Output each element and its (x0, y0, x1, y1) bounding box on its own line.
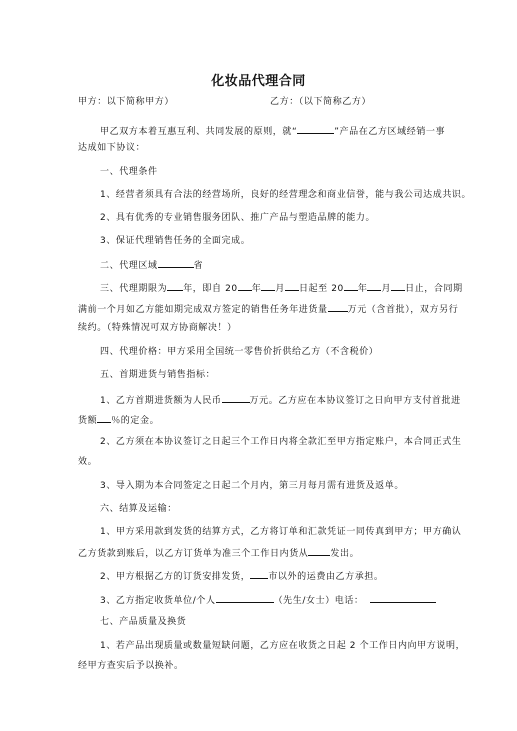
s6-text: 3、乙方指定收货单位/个人 (100, 596, 216, 606)
initial-purchase-blank[interactable] (222, 393, 250, 403)
s5-text: ％的定金。 (111, 416, 159, 426)
region-label: 二、代理区域 (100, 261, 158, 271)
clause-1-2: 2、具有优秀的专业销售服务团队、推广产品与塑造品牌的能力。 (78, 212, 470, 224)
ship-from-blank[interactable] (308, 546, 330, 556)
clause-5-3: 3、导入期为本合同签定之日起二个月内，第三月每月需有进货及返单。 (78, 480, 470, 492)
term-years-blank[interactable] (167, 281, 183, 291)
section-3-line-2: 满前一个月如乙方能如期完成双方签定的销售任务年进货量万元（含首批），双方另行 (78, 302, 448, 316)
deposit-percent-blank[interactable] (97, 413, 111, 423)
start-day-blank[interactable] (285, 281, 299, 291)
s6-text: 市以外的运费由乙方承担。 (268, 572, 383, 582)
s3-text: 年 (358, 284, 368, 294)
s6-text: 乙方货款到账后，以乙方订货单为准三个工作日内货从 (78, 549, 308, 559)
s3-text: 日止，合同期 (405, 284, 463, 294)
section-5-heading: 五、首期进货与销售指标： (78, 369, 470, 381)
s5-text: 1、乙方首期进货额为人民币 (100, 396, 222, 406)
province-blank[interactable] (158, 258, 194, 268)
end-year-blank[interactable] (344, 281, 358, 291)
section-2-heading: 二、代理区域省 (78, 258, 470, 272)
clause-6-2: 2、甲方根据乙方的订货安排发货，市以外的运费由乙方承担。 (78, 569, 470, 583)
phone-blank[interactable] (370, 593, 436, 603)
clause-5-1: 1、乙方首期进货额为人民币万元。乙方应在本协议签订之日向甲方支付首批进 (78, 393, 470, 407)
intro-text-2: ”产品在乙方区域经销一事 (334, 127, 445, 137)
document-page: 化妆品代理合同 甲方：以下简称甲方） 乙方：（以下简称乙方） 甲乙双方本着互惠互… (0, 0, 517, 731)
clause-6-3: 3、乙方指定收货单位/个人（先生/女士）电话： (78, 593, 470, 607)
s3-text: 日起至 20 (299, 284, 344, 294)
clause-7-1: 1、若产品出现质量或数量短缺问题，乙方应在收货之日起 2 个工作日内向甲方说明， (78, 640, 470, 652)
intro-text: 甲乙双方本着互惠互利、共同发展的原则，就“ (100, 127, 297, 137)
city-blank[interactable] (250, 569, 268, 579)
intro-paragraph-cont: 达成如下协议： (78, 142, 448, 154)
s5-text: 货额 (78, 416, 97, 426)
s3-text: 满前一个月如乙方能如期完成双方签定的销售任务年进货量 (78, 305, 328, 315)
clause-5-2-cont: 效。 (78, 456, 448, 468)
party-a-label: 甲方：以下简称甲方） (78, 97, 174, 107)
s3-text: 月 (275, 284, 285, 294)
clause-5-1-cont: 货额％的定金。 (78, 413, 448, 427)
recipient-blank[interactable] (216, 593, 274, 603)
s3-text: 月 (381, 284, 391, 294)
end-day-blank[interactable] (391, 281, 405, 291)
section-1-heading: 一、代理条件 (78, 166, 470, 178)
s3-text: 年，即自 20 (183, 284, 238, 294)
parties-line: 甲方：以下简称甲方） 乙方：（以下简称乙方） (78, 96, 448, 108)
clause-1-3: 3、保证代理销售任务的全面完成。 (78, 235, 470, 247)
section-3-line-1: 三、代理期限为年，即自 20年月日起至 20年月日止，合同期 (78, 281, 470, 295)
start-year-blank[interactable] (238, 281, 252, 291)
s6-text: 发出。 (330, 549, 359, 559)
s6-text: 2、甲方根据乙方的订货安排发货， (100, 572, 250, 582)
clause-1-1: 1、经营者须具有合法的经营场所，良好的经营理念和商业信誉，能与我公司达成共识。 (78, 189, 470, 201)
section-7-heading: 七、产品质量及换货 (78, 616, 470, 628)
annual-volume-blank[interactable] (328, 302, 348, 312)
end-month-blank[interactable] (367, 281, 381, 291)
document-title: 化妆品代理合同 (0, 70, 517, 89)
s3-text: 年 (252, 284, 262, 294)
section-4: 四、代理价格：甲方采用全国统一零售价折供给乙方（不含税价） (78, 346, 470, 358)
s6-text: （先生/女士）电话： (274, 596, 364, 606)
province-suffix: 省 (194, 261, 204, 271)
s3-text: 万元（含首批），双方另行 (348, 305, 459, 315)
intro-paragraph: 甲乙双方本着互惠互利、共同发展的原则，就“”产品在乙方区域经销一事 (78, 124, 470, 138)
clause-5-2: 2、乙方须在本协议签订之日起三个工作日内将全款汇至甲方指定账户，本合同正式生 (78, 436, 470, 448)
clause-6-1-cont: 乙方货款到账后，以乙方订货单为准三个工作日内货从发出。 (78, 546, 448, 560)
product-name-blank[interactable] (297, 124, 334, 134)
section-6-heading: 六、结算及运输： (78, 503, 470, 515)
s3-text: 三、代理期限为 (100, 284, 167, 294)
party-b-label: 乙方：（以下简称乙方） (270, 96, 371, 108)
clause-7-1-cont: 经甲方查实后予以换补。 (78, 660, 448, 672)
s5-text: 万元。乙方应在本协议签订之日向甲方支付首批进 (250, 396, 461, 406)
clause-6-1: 1、甲方采用款到发货的结算方式，乙方将订单和汇款凭证一同传真到甲方；甲方确认 (78, 526, 470, 538)
start-month-blank[interactable] (261, 281, 275, 291)
section-3-line-3: 续约。（特殊情况可双方协商解决！） (78, 322, 448, 334)
